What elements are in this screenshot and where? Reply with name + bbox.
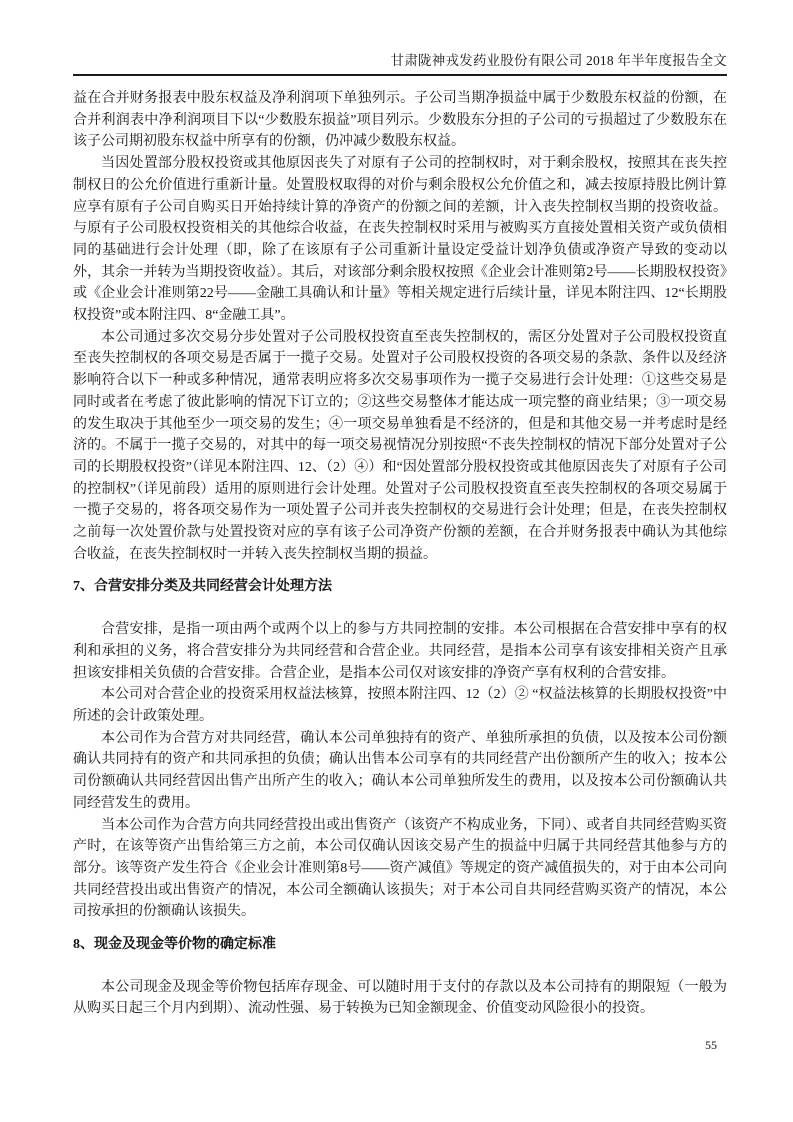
paragraph-minority-interest-continuation: 益在合并财务报表中股东权益及净利润项下单独列示。子公司当期净损益中属于少数股东权…: [73, 88, 727, 153]
paragraph-joint-venture-equity-method: 本公司对合营企业的投资采用权益法核算，按照本附注四、12（2）② “权益法核算的…: [73, 684, 727, 727]
heading-section-7-joint-arrangements: 7、合营安排分类及共同经营会计处理方法: [73, 576, 727, 598]
paragraph-joint-operation-asset-transactions: 当本公司作为合营方向共同经营投出或出售资产（该资产不构成业务，下同）、或者自共同…: [73, 815, 727, 924]
paragraph-joint-operation-recognition: 本公司作为合营方对共同经营，确认本公司单独持有的资产、单独所承担的负债，以及按本…: [73, 728, 727, 815]
report-page: 甘肃陇神戎发药业股份有限公司 2018 年半年度报告全文 益在合并财务报表中股东…: [0, 0, 793, 1122]
page-header: 甘肃陇神戎发药业股份有限公司 2018 年半年度报告全文: [73, 52, 727, 76]
report-body: 益在合并财务报表中股东权益及净利润项下单独列示。子公司当期净损益中属于少数股东权…: [73, 76, 727, 1020]
paragraph-stepwise-disposal-bundled-transactions: 本公司通过多次交易分步处置对子公司股权投资直至丧失控制权的，需区分处置对子公司股…: [73, 327, 727, 566]
heading-section-8-cash-equivalents: 8、现金及现金等价物的确定标准: [73, 934, 727, 956]
paragraph-joint-arrangement-definition: 合营安排，是指一项由两个或两个以上的参与方共同控制的安排。本公司根据在合营安排中…: [73, 619, 727, 684]
report-header-title: 甘肃陇神戎发药业股份有限公司 2018 年半年度报告全文: [73, 52, 727, 69]
paragraph-cash-equivalents-criteria: 本公司现金及现金等价物包括库存现金、可以随时用于支付的存款以及本公司持有的期限短…: [73, 977, 727, 1020]
paragraph-loss-of-control-remeasurement: 当因处置部分股权投资或其他原因丧失了对原有子公司的控制权时，对于剩余股权，按照其…: [73, 153, 727, 327]
page-number: 55: [705, 1038, 717, 1052]
